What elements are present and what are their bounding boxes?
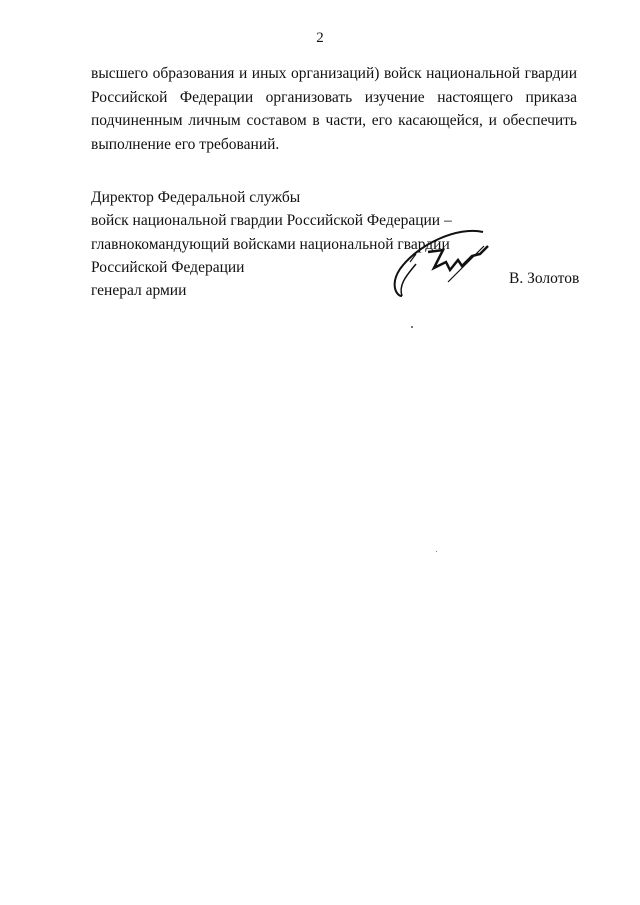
page-number: 2 bbox=[0, 30, 640, 47]
signer-title-line: Директор Федеральной службы bbox=[91, 186, 452, 209]
signer-name: В. Золотов bbox=[509, 270, 579, 288]
scan-speck bbox=[436, 551, 437, 552]
body-line: выполнение его требований. bbox=[91, 133, 577, 157]
body-line: высшего образования и иных организаций) … bbox=[91, 62, 577, 86]
handwritten-signature-icon bbox=[388, 224, 508, 304]
body-line: подчиненным личным составом в части, его… bbox=[91, 109, 577, 133]
scan-speck bbox=[411, 326, 413, 328]
body-line: Российской Федерации организовать изучен… bbox=[91, 86, 577, 110]
body-paragraph: высшего образования и иных организаций) … bbox=[91, 62, 577, 156]
